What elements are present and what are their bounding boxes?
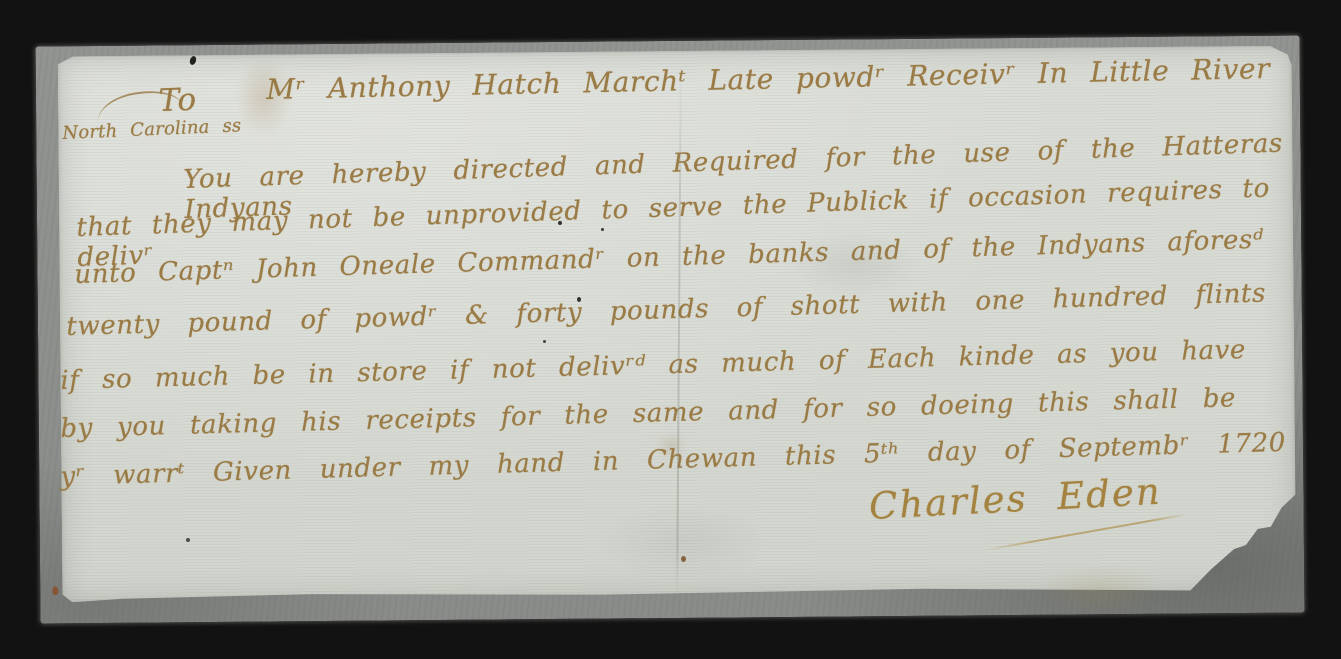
manuscript-paper bbox=[58, 46, 1297, 603]
scanned-document-scene: To Mʳ Anthony Hatch Marchᵗ Late powdʳ Re… bbox=[0, 0, 1341, 659]
backing-sheet bbox=[36, 35, 1305, 623]
wax-spot bbox=[52, 586, 58, 595]
